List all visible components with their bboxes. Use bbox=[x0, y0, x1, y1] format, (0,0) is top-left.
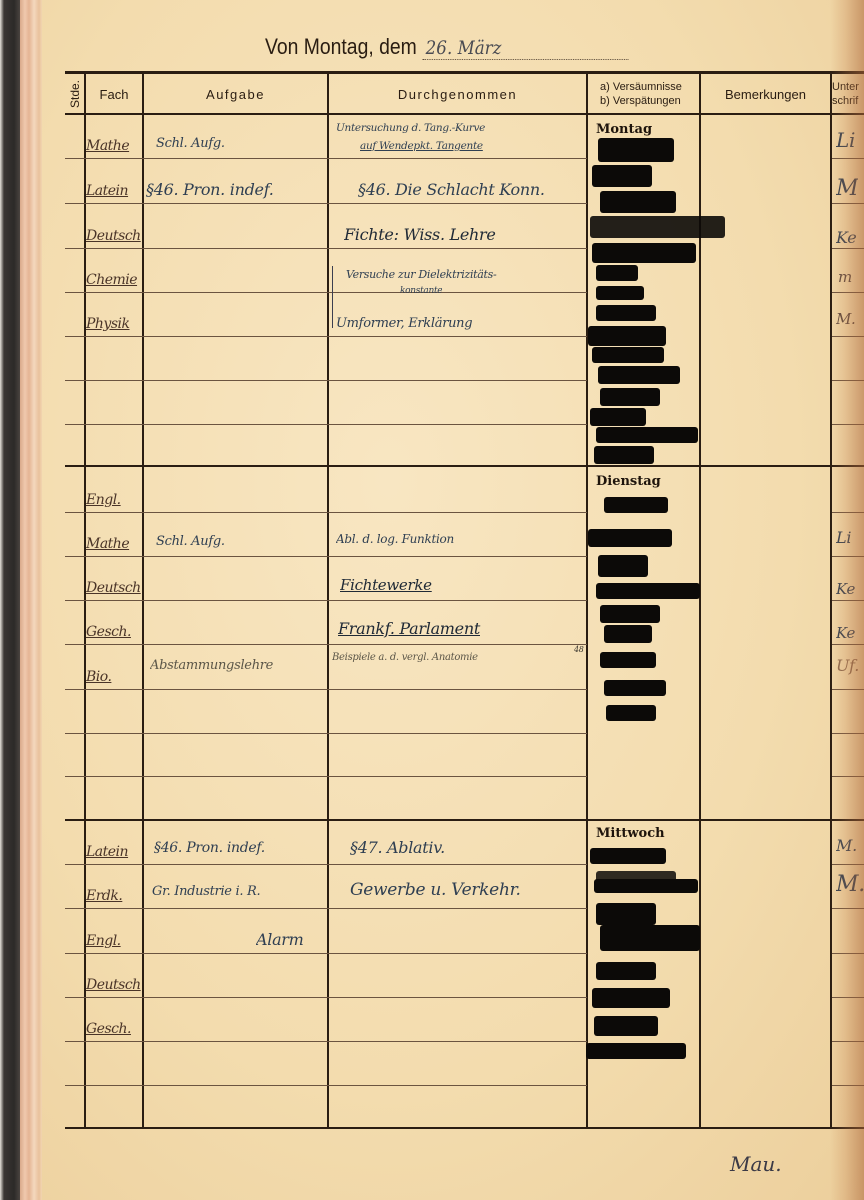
durchgenommen-cell: Gewerbe u. Verkehr. bbox=[350, 880, 586, 900]
durchgenommen-cell-line2: konstante bbox=[400, 286, 442, 296]
aufgabe-cell: Alarm bbox=[256, 930, 304, 949]
fach-cell: Engl. bbox=[86, 933, 144, 949]
page-edge-shadow bbox=[830, 0, 864, 1200]
fach-cell: Gesch. bbox=[86, 1021, 144, 1037]
fach-cell: Chemie bbox=[86, 272, 144, 288]
aufgabe-cell: Abstammungslehre bbox=[150, 658, 273, 673]
fach-cell: Latein bbox=[86, 183, 144, 199]
table-bottom-rule bbox=[65, 1127, 864, 1129]
header-durchgenommen: Durchgenommen bbox=[329, 74, 586, 114]
col-divider-aufgabe bbox=[327, 74, 329, 1128]
header-aufgabe: Aufgabe bbox=[144, 74, 327, 114]
day-label-mittwoch: Mittwoch bbox=[596, 826, 665, 841]
fach-cell: Mathe bbox=[86, 138, 144, 154]
section-rule-dienstag-mittwoch bbox=[65, 819, 864, 821]
durchgenommen-cell: §47. Ablativ. bbox=[350, 838, 445, 857]
fach-cell: Mathe bbox=[86, 536, 144, 552]
durchgenommen-cell: §46. Die Schlacht Konn. bbox=[358, 180, 586, 199]
durchgenommen-cell: Beispiele a. d. vergl. Anatomie bbox=[332, 652, 582, 663]
footer-signature: Mau. bbox=[730, 1152, 782, 1176]
header-stde: Stde. bbox=[62, 76, 88, 112]
durchgenommen-cell: Fichtewerke bbox=[340, 576, 432, 594]
day-label-montag: Montag bbox=[596, 122, 652, 137]
book-binding bbox=[0, 0, 22, 1200]
fach-cell: Engl. bbox=[86, 492, 144, 508]
durchgenommen-cell: Fichte: Wiss. Lehre bbox=[344, 225, 496, 244]
aufgabe-cell: Schl. Aufg. bbox=[156, 136, 225, 151]
fach-cell: Bio. bbox=[86, 669, 144, 685]
fach-cell: Deutsch bbox=[86, 228, 144, 244]
aufgabe-cell: Schl. Aufg. bbox=[156, 534, 225, 549]
durchgenommen-cell: Untersuchung d. Tang.-Kurve bbox=[336, 122, 584, 134]
day-label-dienstag: Dienstag bbox=[596, 474, 661, 489]
header-bemerkungen: Bemerkungen bbox=[701, 74, 830, 114]
durchgenommen-cell: Abl. d. log. Funktion bbox=[336, 532, 454, 546]
col-divider-durchgenommen bbox=[586, 74, 588, 1128]
aufgabe-cell: §46. Pron. indef. bbox=[154, 840, 265, 856]
header-versaeumnisse: a) Versäumnisse b) Verspätungen bbox=[588, 74, 699, 114]
page-spine-edge bbox=[20, 0, 42, 1200]
page-title: Von Montag, dem 26. März bbox=[265, 34, 628, 60]
durchgenommen-note: 48 bbox=[574, 645, 584, 654]
fach-cell: Gesch. bbox=[86, 624, 144, 640]
fach-cell: Physik bbox=[86, 316, 144, 332]
title-date: 26. März bbox=[422, 37, 628, 60]
durchgenommen-cell-line2: auf Wendepkt. Tangente bbox=[360, 140, 580, 152]
durchgenommen-cell: Versuche zur Dielektrizitäts- bbox=[346, 268, 582, 281]
aufgabe-cell: §46. Pron. indef. bbox=[146, 180, 326, 199]
durchgenommen-cell: Umformer, Erklärung bbox=[336, 316, 472, 331]
fach-cell: Latein bbox=[86, 844, 144, 860]
fach-cell: Deutsch bbox=[86, 580, 144, 596]
title-prefix: Von Montag, dem bbox=[265, 34, 417, 59]
fach-cell: Erdk. bbox=[86, 888, 144, 904]
aufgabe-cell: Gr. Industrie i. R. bbox=[152, 884, 326, 899]
section-rule-montag-dienstag bbox=[65, 465, 864, 467]
header-fach: Fach bbox=[86, 74, 142, 114]
fach-cell: Deutsch bbox=[86, 977, 144, 993]
durchgenommen-cell: Frankf. Parlament bbox=[338, 619, 586, 638]
